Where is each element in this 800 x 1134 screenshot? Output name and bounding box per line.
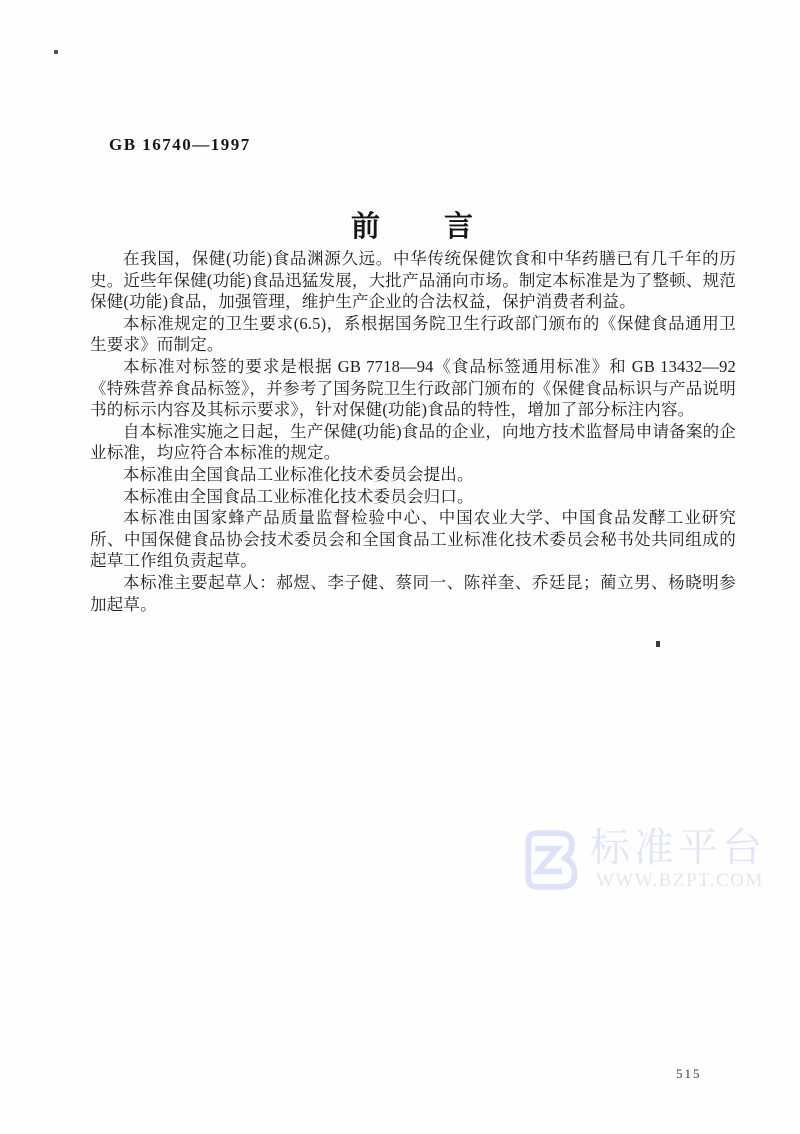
foreword-paragraph: 在我国，保健(功能)食品渊源久远。中华传统保健饮食和中华药膳已有几千年的历史。近…	[90, 248, 736, 313]
page-title: 前 言	[90, 204, 736, 245]
watermark-text: 标准平台 WWW.BZPT.COM	[590, 826, 766, 890]
foreword-body: 在我国，保健(功能)食品渊源久远。中华传统保健饮食和中华药膳已有几千年的历史。近…	[90, 248, 736, 615]
scan-speck	[656, 641, 660, 647]
foreword-paragraph: 本标准主要起草人：郝煜、李子健、蔡同一、陈祥奎、乔廷昆；蔺立男、杨晓明参加起草。	[90, 572, 736, 615]
watermark-site-url: WWW.BZPT.COM	[596, 871, 766, 890]
watermark: 标准平台 WWW.BZPT.COM	[522, 826, 766, 894]
bzpt-logo-icon	[522, 826, 586, 894]
standard-code: GB 16740—1997	[109, 135, 251, 155]
foreword-paragraph: 自本标准实施之日起，生产保健(功能)食品的企业，向地方技术监督局申请备案的企业标…	[90, 421, 736, 464]
foreword-paragraph: 本标准由全国食品工业标准化技术委员会提出。	[90, 464, 736, 486]
foreword-paragraph: 本标准由全国食品工业标准化技术委员会归口。	[90, 486, 736, 508]
foreword-paragraph: 本标准由国家蜂产品质量监督检验中心、中国农业大学、中国食品发酵工业研究所、中国保…	[90, 507, 736, 572]
foreword-paragraph: 本标准对标签的要求是根据 GB 7718—94《食品标签通用标准》和 GB 13…	[90, 356, 736, 421]
scan-speck	[54, 50, 58, 54]
watermark-site-name: 标准平台	[590, 828, 766, 868]
foreword-paragraph: 本标准规定的卫生要求(6.5)，系根据国务院卫生行政部门颁布的《保健食品通用卫生…	[90, 313, 736, 356]
page-number: 515	[676, 1066, 702, 1082]
scanned-document-page: GB 16740—1997 前 言 在我国，保健(功能)食品渊源久远。中华传统保…	[0, 0, 800, 1134]
